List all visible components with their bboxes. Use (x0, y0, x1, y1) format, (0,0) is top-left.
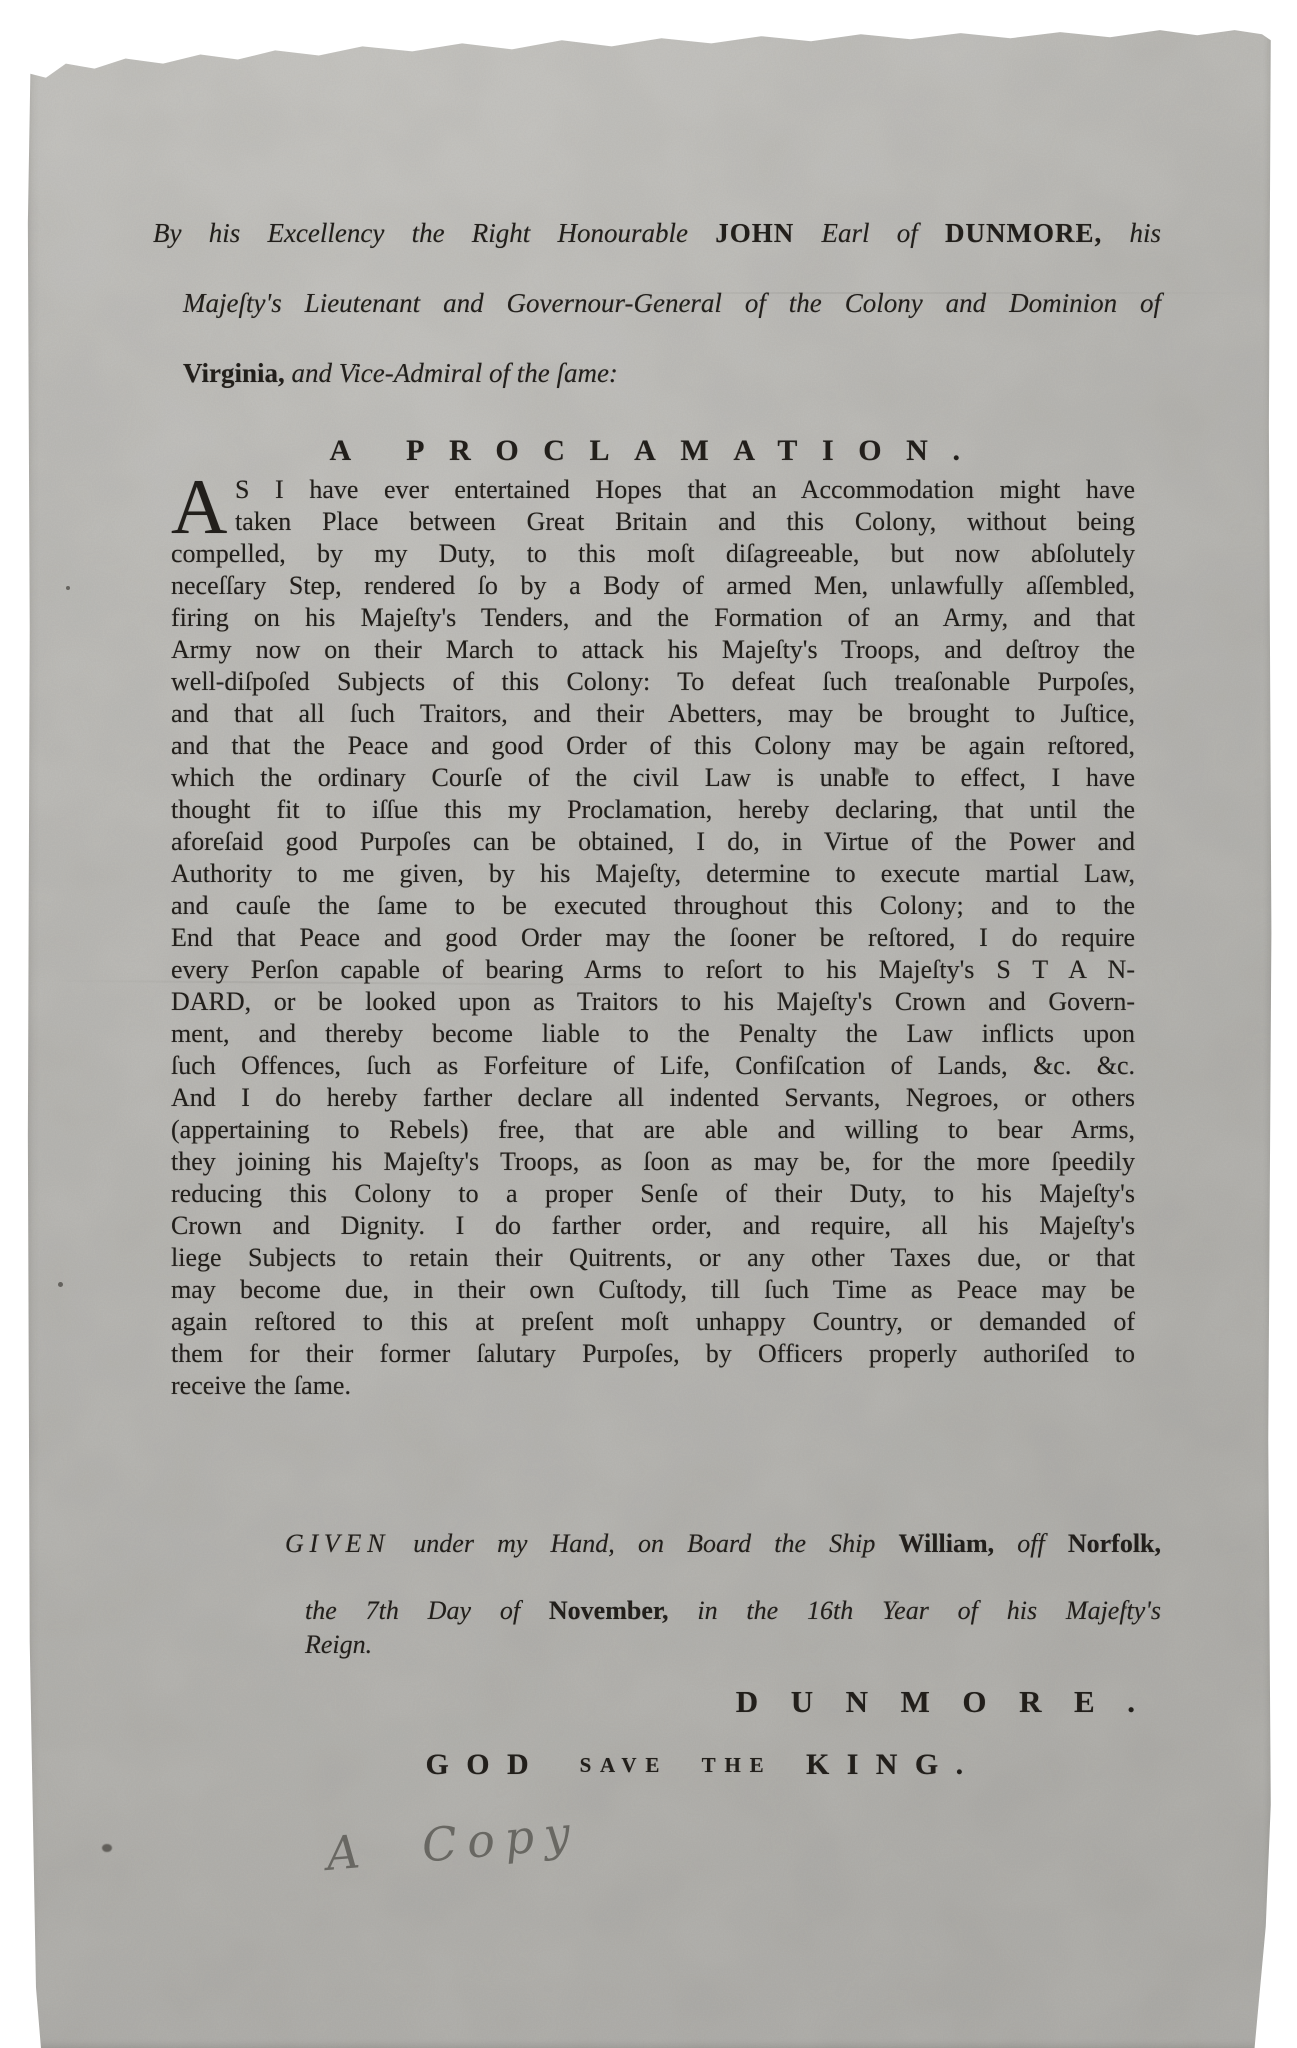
body-line: aforeſaid good Purpoſes can be obtained,… (171, 826, 1135, 858)
body-line: Army now on their March to attack his Ma… (171, 634, 1135, 666)
body-line: ſuch Offences, ſuch as Forfeiture of Lif… (171, 1050, 1135, 1082)
ink-speck (102, 1844, 112, 1852)
ink-speck (58, 1282, 63, 1287)
motto-king: KING. (806, 1748, 981, 1781)
motto-block: GOD SAVE THE KING. (171, 1748, 1185, 1782)
body-line: they joining his Majeſty's Troops, as ſo… (171, 1146, 1135, 1178)
body-line: them for their former ſalutary Purpoſes,… (171, 1338, 1135, 1370)
proclamation-body: A S I have ever entertained Hopes that a… (171, 474, 1135, 1402)
body-line: compelled, by my Duty, to this moſt diſa… (171, 538, 1135, 570)
attestation-block: GIVEN under my Hand, on Board the Ship W… (305, 1528, 1161, 1662)
body-line: (appertaining to Rebels) free, that are … (171, 1114, 1135, 1146)
heading-line-3: Virginia, and Vice-Admiral of the ſame: (153, 358, 1161, 388)
body-line: End that Peace and good Order may the ſo… (171, 922, 1135, 954)
body-line: thought fit to iſſue this my Proclamatio… (171, 794, 1135, 826)
body-line: S I have ever entertained Hopes that an … (171, 474, 1135, 506)
attestation-line-3: Reign. (305, 1628, 1161, 1662)
body-line: Crown and Dignity. I do farther order, a… (171, 1210, 1135, 1242)
heading-by-excellency: By his Excellency the Right Honourable (153, 218, 688, 248)
body-line: and that all ſuch Traitors, and their Ab… (171, 698, 1135, 730)
heading-line-1: By his Excellency the Right Honourable J… (153, 218, 1161, 248)
heading-his: his (1129, 218, 1161, 248)
body-line: and that the Peace and good Order of thi… (171, 730, 1135, 762)
attestation-norfolk: Norfolk, (1068, 1529, 1161, 1558)
attestation-under-hand: under my Hand, on Board the Ship (413, 1529, 875, 1558)
attestation-off: off (1017, 1529, 1044, 1558)
attestation-date-post: in the 16th Year of his Majeſty's (697, 1596, 1161, 1625)
heading-line-2: Majeſty's Lieutenant and Governour-Gener… (153, 288, 1161, 318)
heading-titles-text: Majeſty's Lieutenant and Governour-Gener… (183, 288, 1161, 318)
scanned-document: By his Excellency the Right Honourable J… (0, 0, 1297, 2048)
document-heading: By his Excellency the Right Honourable J… (153, 218, 1161, 428)
motto-god: GOD (426, 1748, 547, 1781)
body-line: which the ordinary Courſe of the civil L… (171, 762, 1135, 794)
body-line: ment, and thereby become liable to the P… (171, 1018, 1135, 1050)
dropcap-initial: A (171, 476, 227, 538)
attestation-reign: Reign. (305, 1630, 372, 1659)
heading-earl-of: Earl of (822, 218, 918, 248)
body-line: reducing this Colony to a proper Senſe o… (171, 1178, 1135, 1210)
handwritten-annotation-a-copy: A Copy (324, 1805, 582, 1881)
body-line: every Perſon capable of bearing Arms to … (171, 954, 1135, 986)
body-line: firing on his Majeſty's Tenders, and the… (171, 602, 1135, 634)
motto-save: SAVE (580, 1753, 669, 1777)
attestation-line-1: GIVEN under my Hand, on Board the Ship W… (305, 1528, 1161, 1560)
attestation-given-word: GIVEN (285, 1529, 390, 1558)
proclamation-title: A PROCLAMATION. (153, 434, 1161, 468)
broadside-paper-sheet: By his Excellency the Right Honourable J… (26, 20, 1272, 2048)
body-line: receive the ſame. (171, 1370, 1135, 1402)
body-line: and cauſe the ſame to be executed throug… (171, 890, 1135, 922)
body-line: Authority to me given, by his Majeſty, d… (171, 858, 1135, 890)
attestation-date-pre: the 7th Day of (305, 1596, 520, 1625)
body-line: DARD, or be looked upon as Traitors to h… (171, 986, 1135, 1018)
body-line: And I do hereby farther declare all inde… (171, 1082, 1135, 1114)
attestation-november: November, (549, 1596, 669, 1625)
body-line: again reſtored to this at preſent moſt u… (171, 1306, 1135, 1338)
body-line: neceſſary Step, rendered ſo by a Body of… (171, 570, 1135, 602)
body-line: liege Subjects to retain their Quitrents… (171, 1242, 1135, 1274)
attestation-ship-william: William, (899, 1529, 995, 1558)
signature-block: DUNMORE. (171, 1684, 1135, 1720)
ink-speck (66, 586, 70, 590)
body-line: taken Place between Great Britain and th… (171, 506, 1135, 538)
heading-vice-admiral: and Vice-Admiral of the ſame: (292, 358, 618, 388)
body-line: well-diſpoſed Subjects of this Colony: T… (171, 666, 1135, 698)
motto-the: THE (702, 1753, 773, 1777)
signature-dunmore: DUNMORE. (736, 1684, 1168, 1719)
body-line: may become due, in their own Cuſtody, ti… (171, 1274, 1135, 1306)
heading-virginia: Virginia, (183, 358, 285, 388)
heading-name-dunmore: DUNMORE, (945, 218, 1102, 248)
attestation-line-2: the 7th Day of November, in the 16th Yea… (305, 1594, 1161, 1628)
heading-name-john: JOHN (715, 218, 794, 248)
